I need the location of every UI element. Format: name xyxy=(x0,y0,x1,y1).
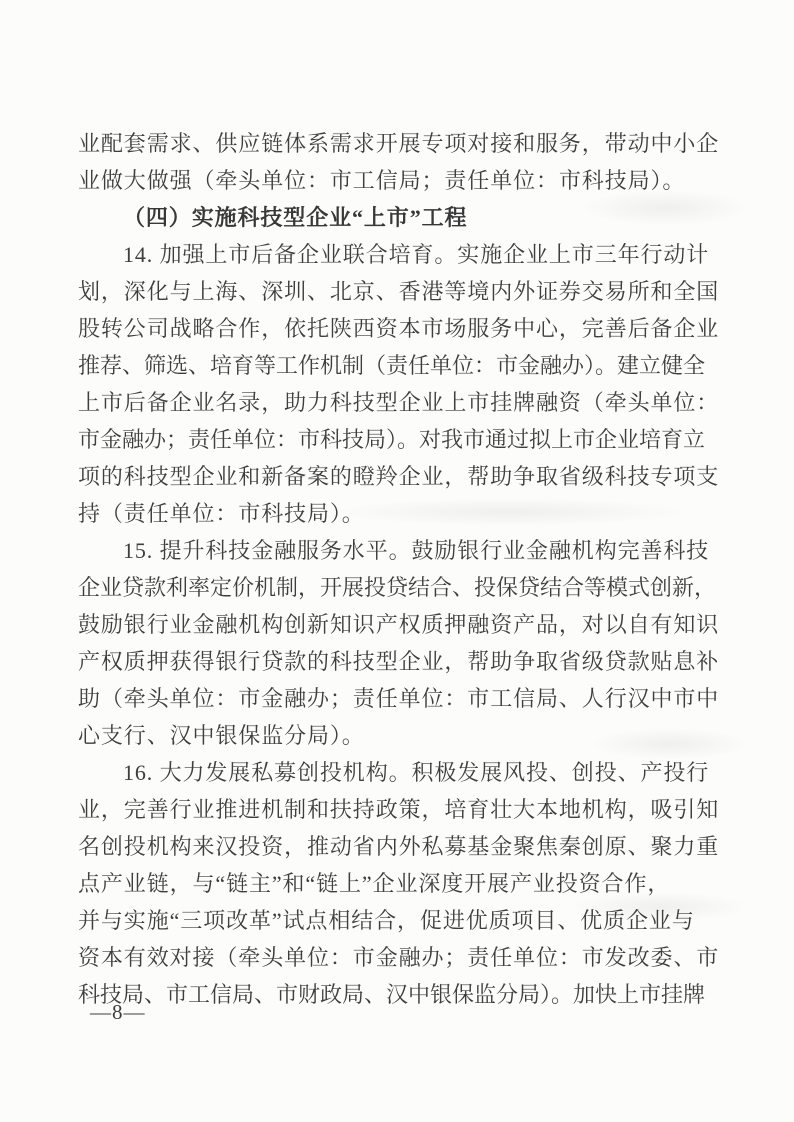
item-14-line: 14. 加强上市后备企业联合培育。实施企业上市三年行动计 xyxy=(78,236,743,273)
text-line: 市金融办；责任单位：市科技局）。对我市通过拟上市企业培育立 xyxy=(78,421,743,458)
item-16-line: 16. 大力发展私募创投机构。积极发展风投、创投、产投行 xyxy=(78,754,743,791)
text-line: 助（牵头单位：市金融办；责任单位：市工信局、人行汉中市中 xyxy=(78,680,743,717)
scanned-document-page: 业配套需求、供应链体系需求开展专项对接和服务，带动中小企 业做大做强（牵头单位：… xyxy=(0,0,794,1122)
document-body: 业配套需求、供应链体系需求开展专项对接和服务，带动中小企 业做大做强（牵头单位：… xyxy=(78,125,743,1013)
text-line: 业做大做强（牵头单位：市工信局；责任单位：市科技局）。 xyxy=(78,162,743,199)
text-line: 上市后备企业名录，助力科技型企业上市挂牌融资（牵头单位： xyxy=(78,384,743,421)
text-line: 企业贷款利率定价机制，开展投贷结合、投保贷结合等模式创新， xyxy=(78,569,743,606)
section-heading: （四）实施科技型企业“上市”工程 xyxy=(78,199,743,236)
text-line: 股转公司战略合作，依托陕西资本市场服务中心，完善后备企业 xyxy=(78,310,743,347)
text-line: 并与实施“三项改革”试点相结合，促进优质项目、优质企业与 xyxy=(78,902,743,939)
text-line: 业配套需求、供应链体系需求开展专项对接和服务，带动中小企 xyxy=(78,125,743,162)
item-15-line: 15. 提升科技金融服务水平。鼓励银行业金融机构完善科技 xyxy=(78,532,743,569)
text-line: 产权质押获得银行贷款的科技型企业，帮助争取省级贷款贴息补 xyxy=(78,643,743,680)
text-line: 名创投机构来汉投资，推动省内外私募基金聚焦秦创原、聚力重 xyxy=(78,828,743,865)
text-line: 推荐、筛选、培育等工作机制（责任单位：市金融办）。建立健全 xyxy=(78,347,743,384)
text-line: 业，完善行业推进机制和扶持政策，培育壮大本地机构，吸引知 xyxy=(78,791,743,828)
page-number: —8— xyxy=(90,995,146,1029)
text-line: 持（责任单位：市科技局）。 xyxy=(78,495,743,532)
text-line: 科技局、市工信局、市财政局、汉中银保监分局）。加快上市挂牌 xyxy=(78,976,743,1013)
text-line: 项的科技型企业和新备案的瞪羚企业，帮助争取省级科技专项支 xyxy=(78,458,743,495)
text-line: 点产业链，与“链主”和“链上”企业深度开展产业投资合作， xyxy=(78,865,743,902)
text-line: 资本有效对接（牵头单位：市金融办；责任单位：市发改委、市 xyxy=(78,939,743,976)
text-line: 心支行、汉中银保监分局）。 xyxy=(78,717,743,754)
text-line: 鼓励银行业金融机构创新知识产权质押融资产品，对以自有知识 xyxy=(78,606,743,643)
text-line: 划，深化与上海、深圳、北京、香港等境内外证券交易所和全国 xyxy=(78,273,743,310)
